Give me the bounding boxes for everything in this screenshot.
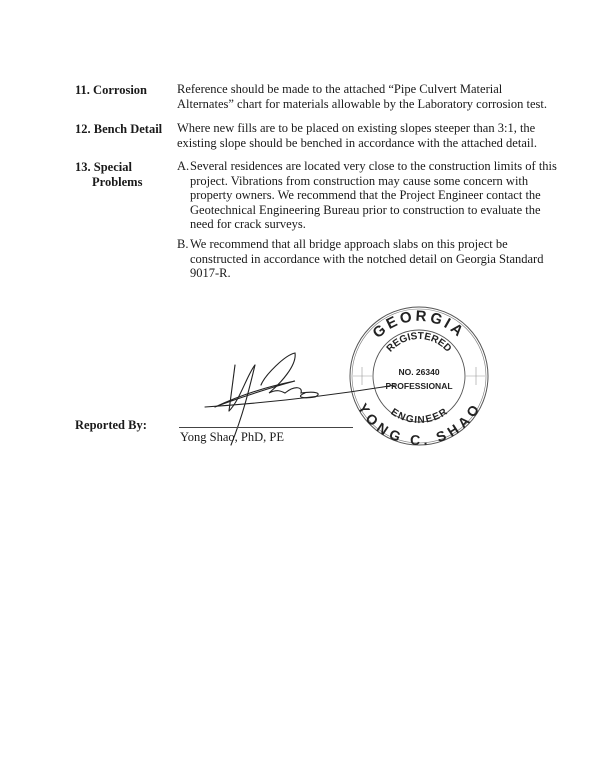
text-line: We recommend that all bridge approach sl… [190, 237, 597, 252]
section-text-corrosion: Reference should be made to the attached… [177, 82, 587, 111]
item-text: Several residences are located very clos… [190, 159, 597, 232]
seal-professional: PROFESSIONAL [385, 381, 452, 391]
seal-number: NO. 26340 [398, 367, 439, 377]
text-line: Several residences are located very clos… [190, 159, 597, 174]
reported-by-label: Reported By: [75, 418, 147, 433]
text-line: Alternates” chart for materials allowabl… [177, 97, 587, 112]
signature-line [179, 427, 353, 428]
text-line: existing slope should be benched in acco… [177, 136, 587, 151]
item-text: We recommend that all bridge approach sl… [190, 237, 597, 281]
signer-name: Yong Shao, PhD, PE [180, 430, 284, 445]
text-line: 9017-R. [190, 266, 597, 281]
section-label-special-problems: 13. Special Problems [75, 160, 142, 190]
section-text-bench-detail: Where new fills are to be placed on exis… [177, 121, 587, 150]
text-line: Geotechnical Engineering Bureau prior to… [190, 203, 597, 218]
text-line: property owners. We recommend that the P… [190, 188, 597, 203]
text-line: constructed in accordance with the notch… [190, 252, 597, 267]
label-line: Problems [75, 175, 142, 190]
item-marker: B. [177, 237, 188, 252]
special-problem-item-a: A. Several residences are located very c… [177, 159, 597, 232]
text-line: Where new fills are to be placed on exis… [177, 121, 587, 136]
section-label-bench-detail: 12. Bench Detail [75, 122, 162, 137]
label-line: 13. Special [75, 160, 142, 175]
item-marker: A. [177, 159, 189, 174]
section-label-corrosion: 11. Corrosion [75, 83, 147, 98]
text-line: need for crack surveys. [190, 217, 597, 232]
special-problem-item-b: B. We recommend that all bridge approach… [177, 237, 597, 281]
text-line: Reference should be made to the attached… [177, 82, 587, 97]
text-line: project. Vibrations from construction ma… [190, 174, 597, 189]
